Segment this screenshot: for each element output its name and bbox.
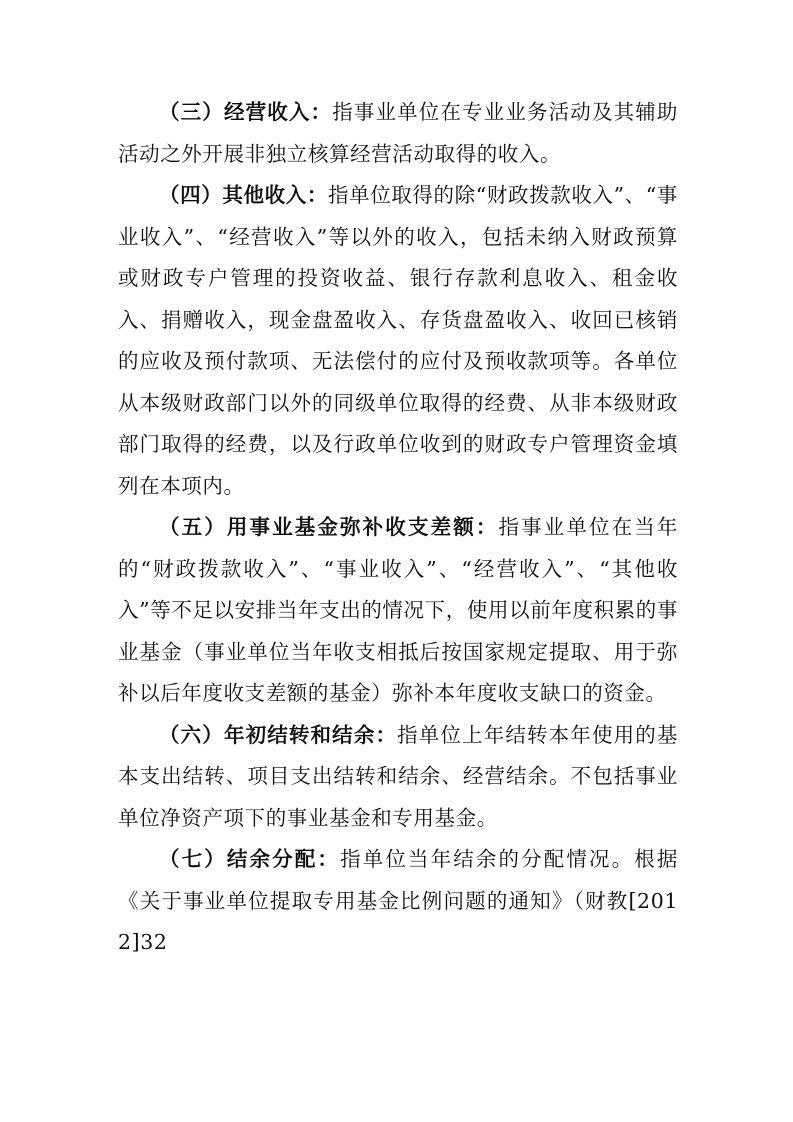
paragraph-surplus-distribution: （七）结余分配：指单位当年结余的分配情况。根据《关于事业单位提取专用基金比例问题… (118, 839, 678, 964)
paragraph-operating-income: （三）经营收入：指事业单位在专业业务活动及其辅助活动之外开展非独立核算经营活动取… (118, 92, 678, 175)
paragraph-heading: （四）其他收入： (159, 183, 328, 207)
paragraph-heading: （五）用事业基金弥补收支差额： (159, 515, 498, 539)
paragraph-text: 指单位取得的除“财政拨款收入”、“事业收入”、“经营收入”等以外的收入，包括未纳… (118, 183, 678, 498)
paragraph-heading: （七）结余分配： (159, 847, 340, 871)
paragraph-text: 指事业单位在当年的“财政拨款收入”、“事业收入”、“经营收入”、“其他收入”等不… (118, 515, 678, 705)
paragraph-heading: （三）经营收入： (159, 100, 332, 124)
paragraph-opening-carryover: （六）年初结转和结余：指单位上年结转本年使用的基本支出结转、项目支出结转和结余、… (118, 715, 678, 840)
paragraph-other-income: （四）其他收入：指单位取得的除“财政拨款收入”、“事业收入”、“经营收入”等以外… (118, 175, 678, 507)
paragraph-business-fund-offset: （五）用事业基金弥补收支差额：指事业单位在当年的“财政拨款收入”、“事业收入”、… (118, 507, 678, 715)
paragraph-heading: （六）年初结转和结余： (159, 723, 397, 747)
document-page: （三）经营收入：指事业单位在专业业务活动及其辅助活动之外开展非独立核算经营活动取… (118, 92, 678, 964)
